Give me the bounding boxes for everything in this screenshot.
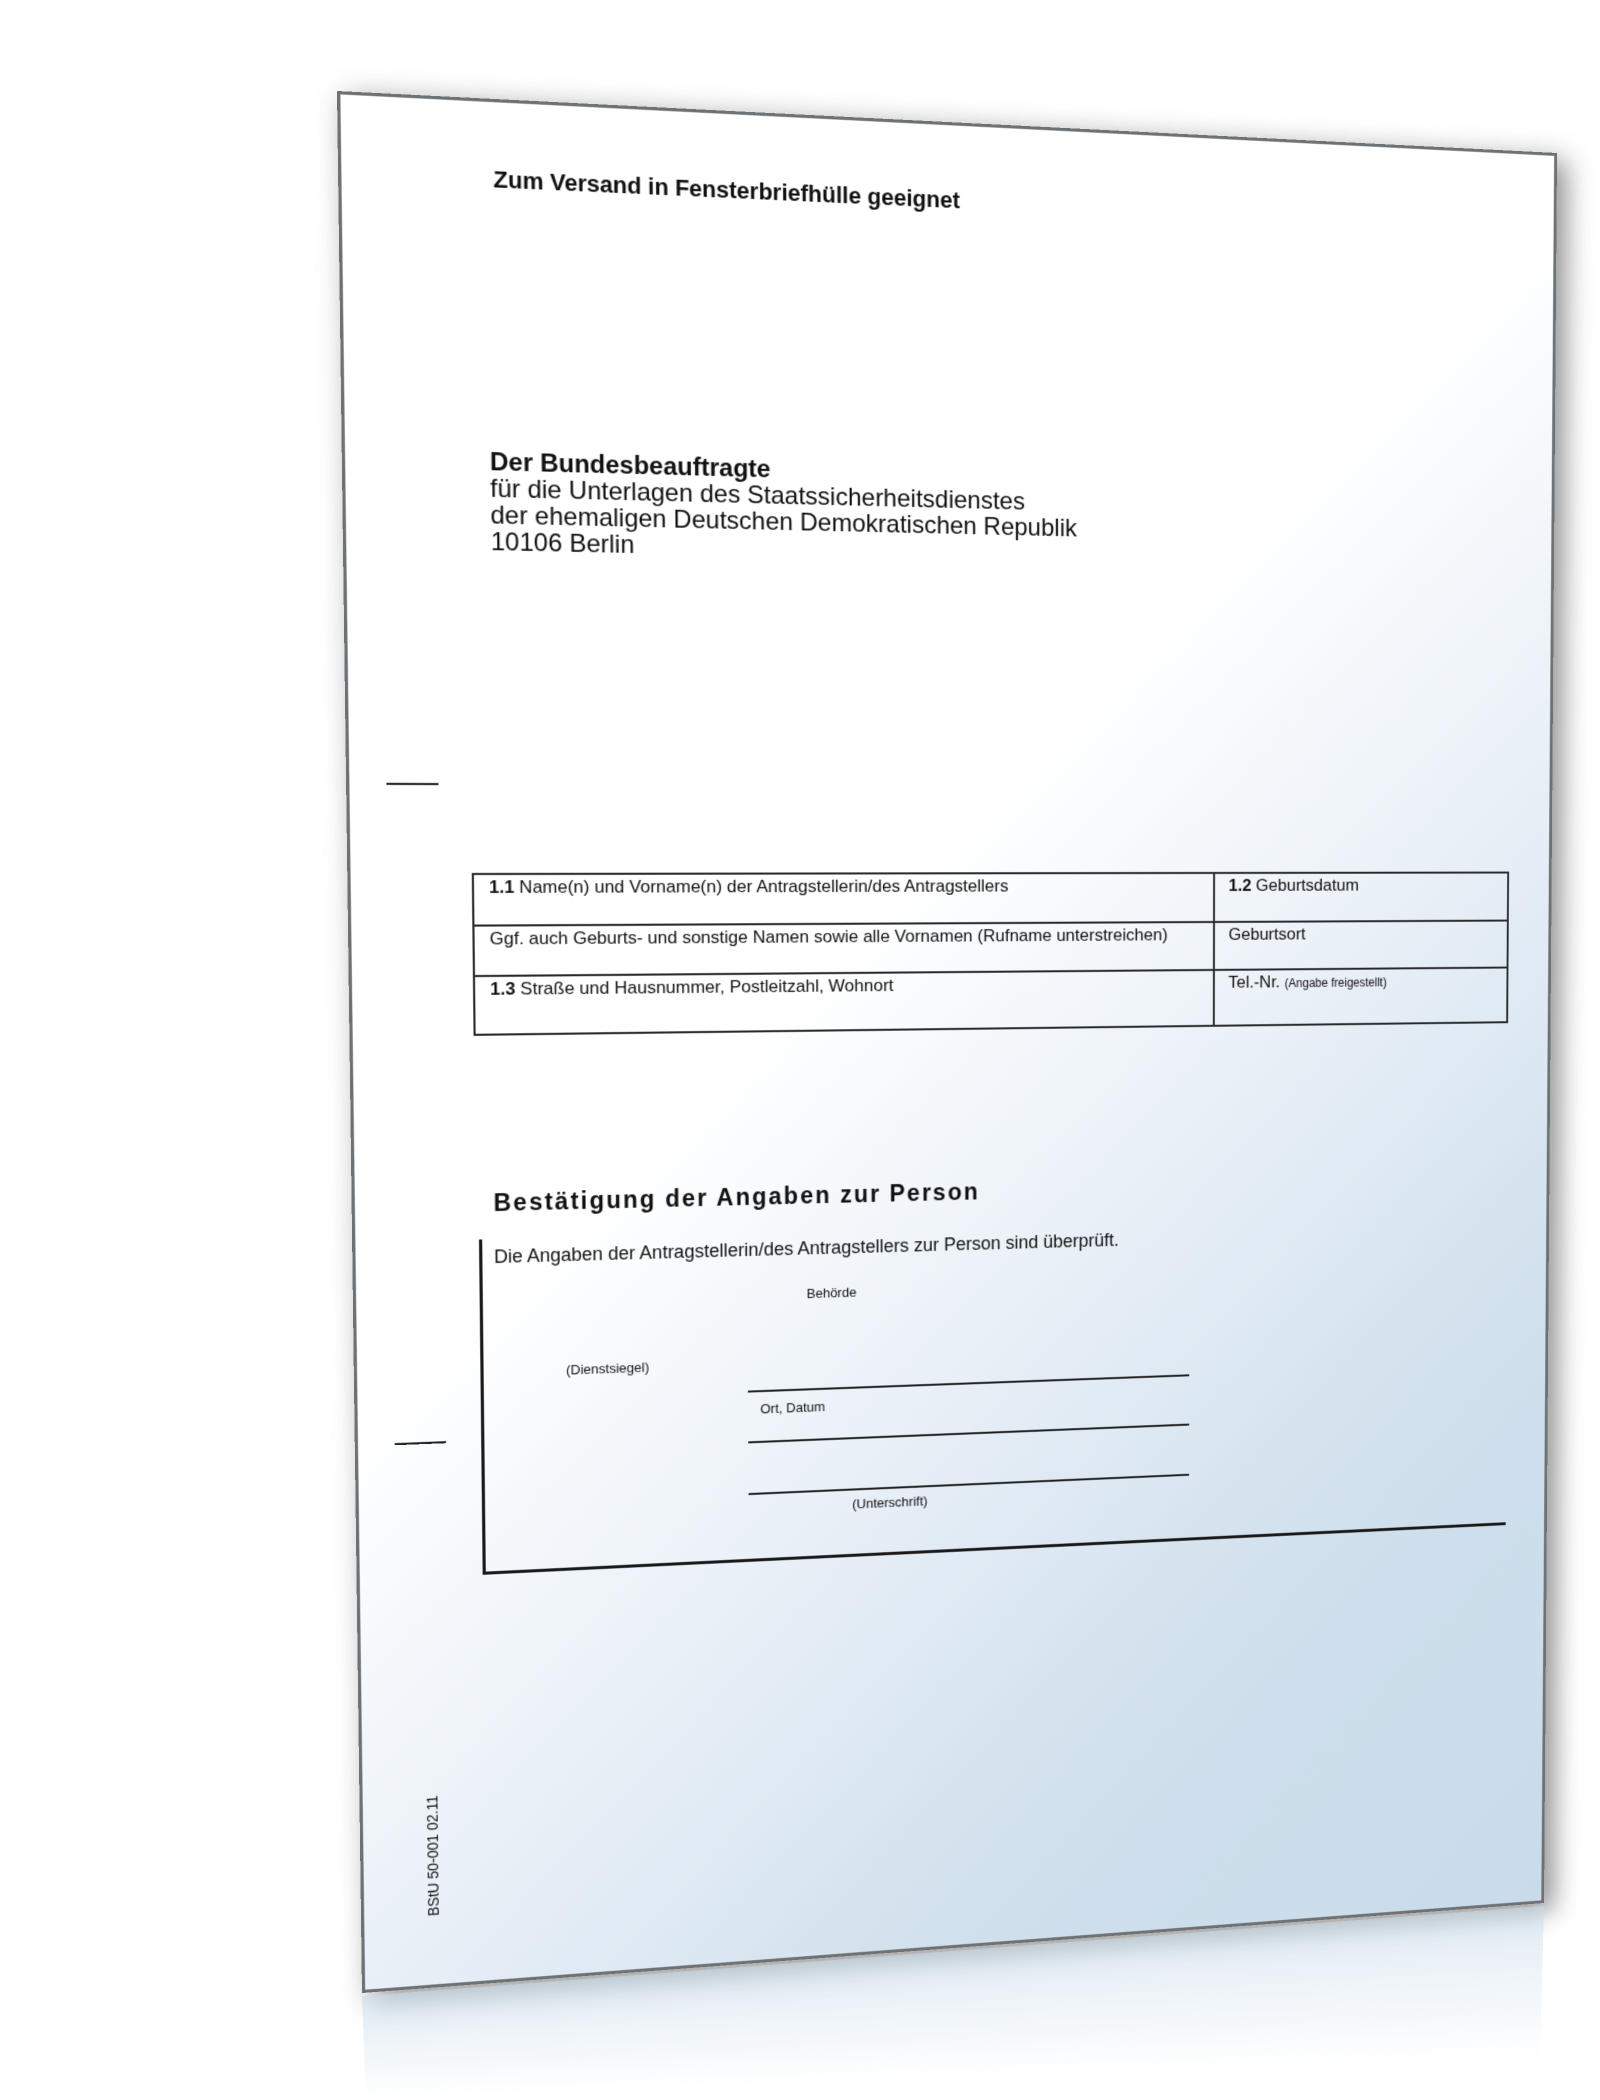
field-label: Name(n) und Vorname(n) der Antragsteller… [514,876,1008,897]
confirmation-box [479,1213,1508,1575]
table-row: Ggf. auch Geburts- und sonstige Namen so… [473,921,1507,977]
field-address[interactable]: 1.3 Straße und Hausnummer, Postleitzahl,… [474,970,1214,1035]
mailing-hint: Zum Versand in Fensterbriefhülle geeigne… [493,166,960,215]
document-preview: Zum Versand in Fensterbriefhülle geeigne… [0,0,1600,2100]
field-number: 1.2 [1229,876,1252,895]
field-label: Geburtsort [1228,925,1305,944]
confirmation-heading: Bestätigung der Angaben zur Person [493,1178,979,1217]
field-phone[interactable]: Tel.-Nr. (Angabe freigestellt) [1214,968,1508,1026]
form-page: Zum Versand in Fensterbriefhülle geeigne… [337,91,1557,1993]
applicant-details-table: 1.1 Name(n) und Vorname(n) der Antragste… [472,872,1509,1036]
recipient-address: Der Bundesbeauftragte für die Unterlagen… [490,449,1077,567]
field-label: Straße und Hausnummer, Postleitzahl, Woh… [515,976,893,999]
field-birth-date[interactable]: 1.2 Geburtsdatum [1214,873,1508,922]
field-number: 1.1 [489,877,514,897]
authority-label: Behörde [807,1284,857,1301]
field-label: Tel.-Nr. [1228,972,1284,991]
field-label: Ggf. auch Geburts- und sonstige Namen so… [489,925,1167,948]
field-name[interactable]: 1.1 Name(n) und Vorname(n) der Antragste… [473,873,1214,926]
form-code: BStU 50-001 02.11 [424,1795,442,1917]
field-other-names[interactable]: Ggf. auch Geburts- und sonstige Namen so… [473,922,1214,976]
field-birth-place[interactable]: Geburtsort [1214,921,1508,970]
table-row: 1.1 Name(n) und Vorname(n) der Antragste… [473,873,1508,926]
fold-mark [395,1441,446,1445]
place-date-label: Ort, Datum [760,1399,825,1417]
field-number: 1.3 [490,979,515,999]
seal-label: (Dienstsiegel) [566,1359,649,1377]
field-label: Geburtsdatum [1251,876,1359,895]
fold-mark [386,783,438,785]
field-note: (Angabe freigestellt) [1285,975,1387,990]
table-row: 1.3 Straße und Hausnummer, Postleitzahl,… [474,968,1508,1035]
